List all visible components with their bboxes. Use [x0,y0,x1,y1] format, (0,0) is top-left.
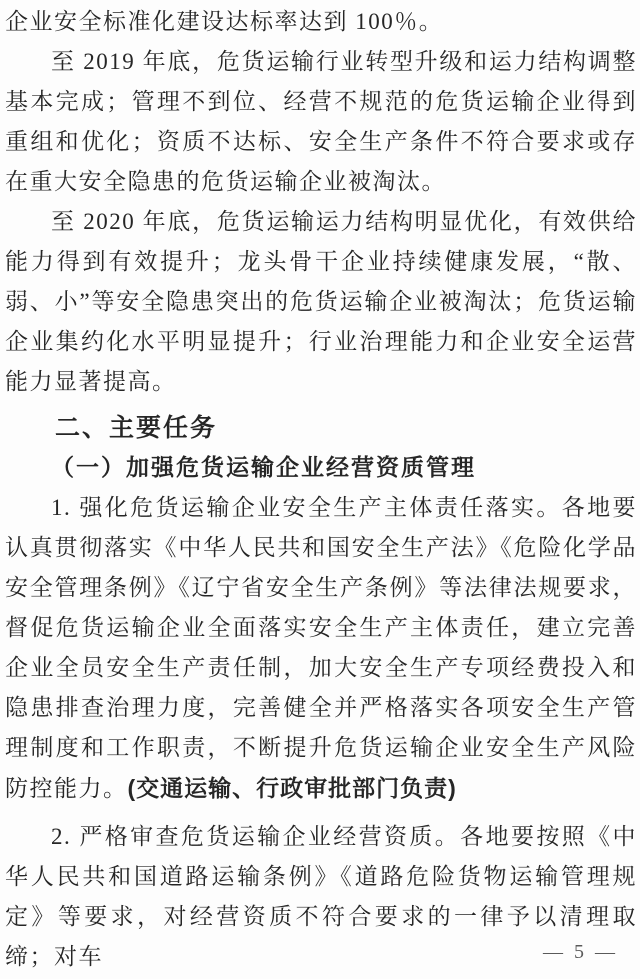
paragraph-task-1-text: 1. 强化危货运输企业安全生产主体责任落实。各地要认真贯彻落实《中华人民共和国安… [5,495,637,801]
paragraph-task-1: 1. 强化危货运输企业安全生产主体责任落实。各地要认真贯彻落实《中华人民共和国安… [5,488,637,809]
page-number: — 5 — [543,941,618,964]
paragraph-2019-goals: 至 2019 年底，危货运输行业转型升级和运力结构调整基本完成；管理不到位、经营… [5,42,637,202]
responsible-department-note: (交通运输、行政审批部门负责) [128,775,457,801]
paragraph-standardization-target: 企业安全标准化建设达标率达到 100％。 [5,2,637,42]
document-page: 企业安全标准化建设达标率达到 100％。 至 2019 年底，危货运输行业转型升… [0,0,640,979]
subsection-heading-qualification-management: （一）加强危货运输企业经营资质管理 [5,448,637,488]
section-heading-main-tasks: 二、主要任务 [5,408,637,448]
document-body: 企业安全标准化建设达标率达到 100％。 至 2019 年底，危货运输行业转型升… [0,0,640,977]
paragraph-2020-goals: 至 2020 年底，危货运输运力结构明显优化，有效供给能力得到有效提升；龙头骨干… [5,202,637,402]
